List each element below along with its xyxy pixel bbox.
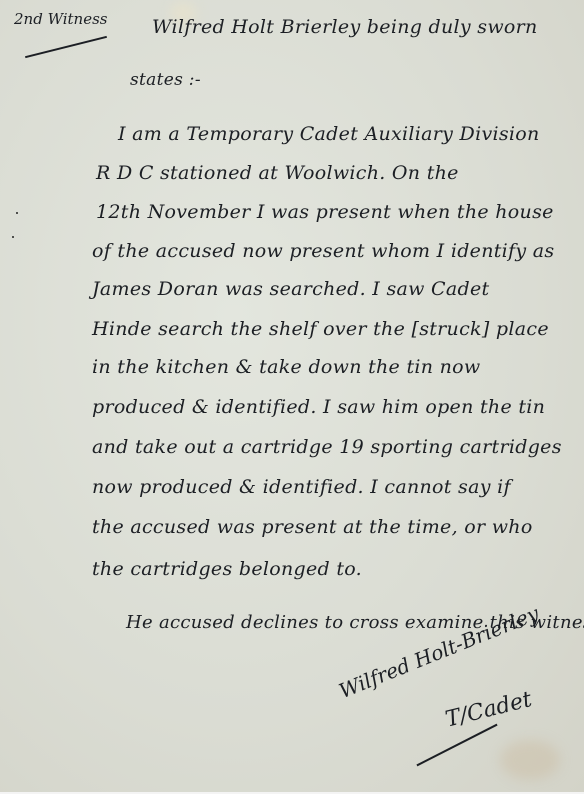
body-line: James Doran was searched. I saw Cadet xyxy=(92,278,489,300)
margin-underline xyxy=(25,36,107,58)
body-line: the accused was present at the time, or … xyxy=(92,516,533,538)
paper-stain xyxy=(500,740,560,780)
signature-rank: T/Cadet xyxy=(443,687,534,733)
body-line: now produced & identified. I cannot say … xyxy=(92,476,511,498)
margin-note: 2nd Witness xyxy=(14,10,108,28)
states-line: states :- xyxy=(130,70,201,90)
body-line: R D C stationed at Woolwich. On the xyxy=(96,162,459,184)
paper-mark xyxy=(16,212,18,214)
heading: Wilfred Holt Brierley being duly sworn xyxy=(152,16,538,38)
body-line: 12th November I was present when the hou… xyxy=(96,201,554,223)
body-line: I am a Temporary Cadet Auxiliary Divisio… xyxy=(118,123,540,145)
body-line: the cartridges belonged to. xyxy=(92,558,362,580)
document-page: 2nd Witness Wilfred Holt Brierley being … xyxy=(0,0,584,794)
body-line: Hinde search the shelf over the [struck]… xyxy=(92,318,549,340)
body-line: and take out a cartridge 19 sporting car… xyxy=(92,436,562,458)
paper-mark xyxy=(12,236,14,238)
body-line: produced & identified. I saw him open th… xyxy=(92,396,545,418)
body-line: of the accused now present whom I identi… xyxy=(92,240,554,262)
body-line: in the kitchen & take down the tin now xyxy=(92,356,480,378)
